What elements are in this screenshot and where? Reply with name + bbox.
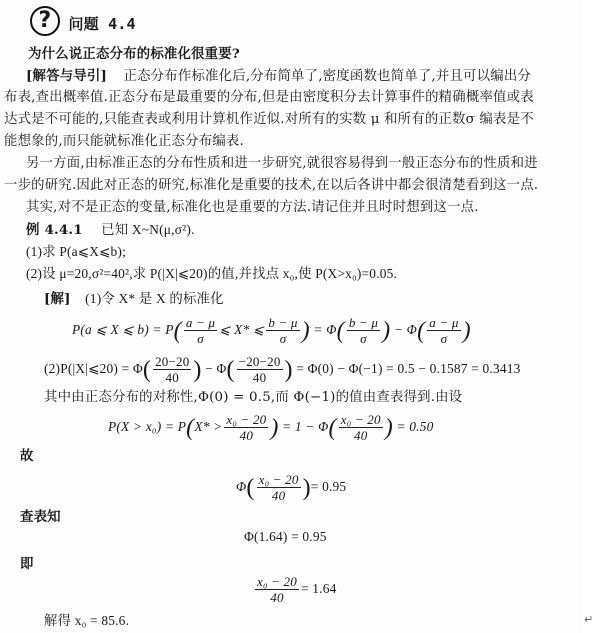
therefore-label: 故 (20, 447, 34, 465)
answer-line-4: 能想象的,而只能就标准化正态分布编表. (4, 133, 244, 151)
example-statement: 例 4.4.1 已知 X~N(μ,σ²). (26, 221, 195, 240)
equation-5: Φ(1.64) = 0.95 (244, 528, 327, 546)
equation-2: (2)P(|X|⩽20) = Φ(20−2040) − Φ(−20−2040) … (44, 352, 521, 386)
solution-intro: [解] (1)令 X* 是 X 的标准化 (44, 290, 224, 309)
paragraph-mark-icon: ↵ (584, 613, 593, 626)
equation-3: P(X > x₀) = P(X* >x₀ − 2040) = 1 − Φ(x₀ … (108, 410, 434, 444)
equation-4: Φ(x₀ − 2040)= 0.95 (236, 470, 346, 504)
answer-line-1: [解答与导引] 正态分布作标准化后,分布简单了,密度函数也简单了,并且可以编出分 (26, 67, 531, 86)
example-part-2: (2)设 μ=20,σ²=40²,求 P(|X|⩽20)的值,并找点 x₀,使 … (26, 265, 397, 283)
answer-line-5: 另一方面,由标准正态的分布性质和进一步研究,就很容易得到一般正态分布的性质和进 (26, 155, 538, 173)
final-result: 解得 x₀ = 85.6. (44, 612, 129, 630)
question-circle-icon: ? (30, 6, 60, 36)
namely-label: 即 (20, 555, 34, 573)
answer-line-7: 其实,对不是正态的变量,标准化也是重要的方法.请记住并且时时想到这一点. (26, 199, 479, 217)
example-part-1: (1)求 P(a⩽X⩽b); (26, 243, 126, 261)
problem-title: 问题 4.4 (68, 15, 135, 33)
example-label: 例 4.4.1 (26, 222, 83, 238)
problem-header: ? 问题 4.4 (30, 6, 136, 39)
equation-6: x₀ − 2040= 1.64 (253, 572, 337, 606)
equation-1: P(a ⩽ X ⩽ b) = P(a − μσ⩽ X* ⩽b − μσ) = Φ… (72, 313, 471, 347)
lookup-label: 查表知 (20, 508, 61, 526)
answer-label: [解答与导引] (26, 68, 107, 84)
symmetry-note: 其中由正态分布的对称性,Φ(0) = 0.5,而 Φ(−1)的值由查表得到.由设 (44, 389, 462, 407)
solution-label: [解] (44, 291, 71, 307)
answer-line-6: 一步的研究.因此对正态的研究,标准化是重要的技术,在以后各讲中都会很清楚看到这一… (4, 177, 538, 195)
answer-line-3: 达式是不可能的,只能查表或利用计算机作近似.对所有的实数 μ 和所有的正数σ 编… (4, 111, 534, 129)
answer-line-2: 布表,查出概率值.正态分布是最重要的分布,但是由密度积分去计算事件的精确概率值或… (4, 89, 534, 107)
question-text: 为什么说正态分布的标准化很重要? (28, 45, 240, 63)
